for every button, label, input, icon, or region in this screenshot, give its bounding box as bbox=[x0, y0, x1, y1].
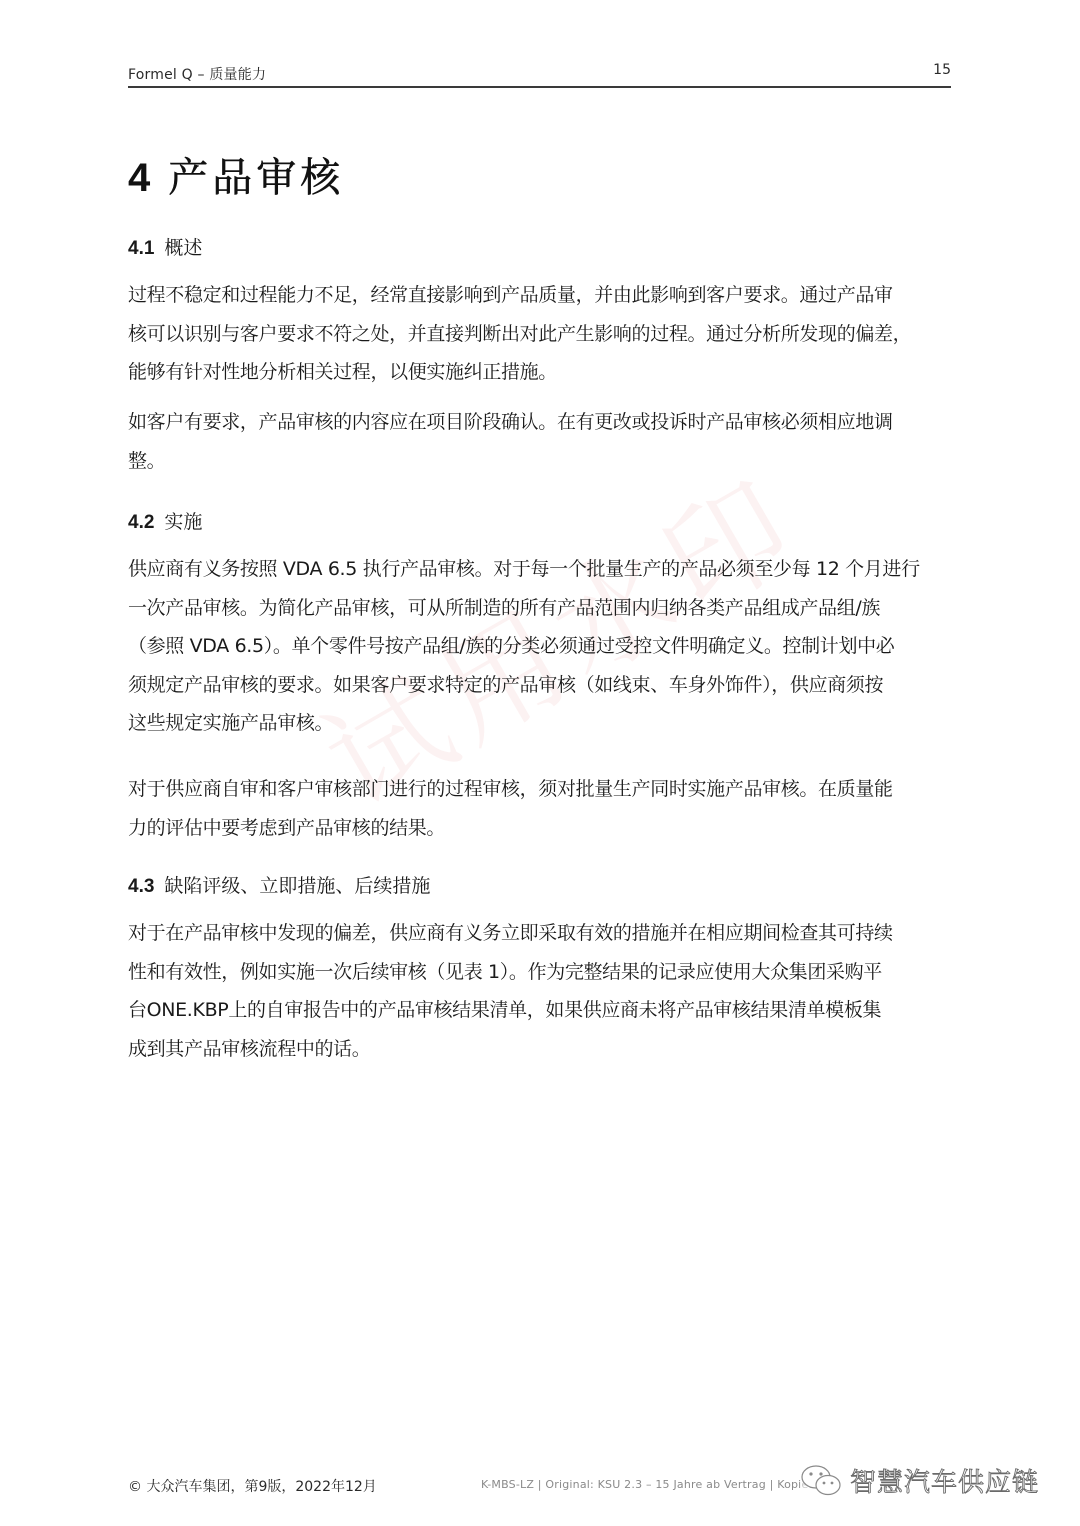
text-line: （参照 VDA 6.5）。单个零件号按产品组/族的分类必须通过受控文件明确定义。… bbox=[128, 627, 954, 666]
chapter-number: 4 bbox=[128, 156, 150, 200]
text-line: 须规定产品审核的要求。如果客户要求特定的产品审核（如线束、车身外饰件），供应商须… bbox=[128, 666, 954, 705]
section-title: 缺陷评级、立即措施、后续措施 bbox=[164, 875, 430, 897]
text-line: 对于在产品审核中发现的偏差，供应商有义务立即采取有效的措施并在相应期间检查其可持… bbox=[128, 914, 954, 953]
text-line: 这些规定实施产品审核。 bbox=[128, 704, 954, 743]
paragraph-implementation-2: 对于供应商自审和客户审核部门进行的过程审核，须对批量生产同时实施产品审核。在质量… bbox=[128, 770, 954, 847]
section-number: 4.3 bbox=[128, 876, 154, 897]
section-title: 实施 bbox=[164, 511, 202, 533]
copyright-footer: © 大众汽车集团，第9版，2022年12月 bbox=[128, 1476, 377, 1496]
classification-footer: K-MBS-LZ | Original: KSU 2.3 – 15 Jahre … bbox=[481, 1478, 829, 1491]
text-line: 一次产品审核。为简化产品审核，可从所制造的所有产品范围内归纳各类产品组成产品组/… bbox=[128, 589, 954, 628]
paragraph-defect-rating: 对于在产品审核中发现的偏差，供应商有义务立即采取有效的措施并在相应期间检查其可持… bbox=[128, 914, 954, 1068]
text-line: 能够有针对性地分析相关过程，以便实施纠正措施。 bbox=[128, 353, 954, 392]
text-line: 成到其产品审核流程中的话。 bbox=[128, 1030, 954, 1069]
page-number: 15 bbox=[933, 62, 951, 78]
chapter-title-text: 产品审核 bbox=[168, 155, 344, 201]
section-number: 4.2 bbox=[128, 512, 154, 533]
text-line: 力的评估中要考虑到产品审核的结果。 bbox=[128, 809, 954, 848]
wechat-account-name: 智慧汽车供应链 bbox=[850, 1462, 1039, 1499]
text-line: 对于供应商自审和客户审核部门进行的过程审核，须对批量生产同时实施产品审核。在质量… bbox=[128, 770, 954, 809]
section-heading-4-2: 4.2实施 bbox=[128, 508, 202, 537]
wechat-icon bbox=[800, 1463, 844, 1497]
paragraph-overview-1: 过程不稳定和过程能力不足，经常直接影响到产品质量，并由此影响到客户要求。通过产品… bbox=[128, 276, 954, 392]
section-number: 4.1 bbox=[128, 238, 154, 259]
document-title: Formel Q – 质量能力 bbox=[128, 64, 266, 84]
text-line: 核可以识别与客户要求不符之处，并直接判断出对此产生影响的过程。通过分析所发现的偏… bbox=[128, 315, 954, 354]
text-line: 供应商有义务按照 VDA 6.5 执行产品审核。对于每一个批量生产的产品必须至少… bbox=[128, 550, 954, 589]
wechat-watermark: 智慧汽车供应链 bbox=[800, 1460, 1039, 1500]
text-line: 如客户有要求，产品审核的内容应在项目阶段确认。在有更改或投诉时产品审核必须相应地… bbox=[128, 403, 954, 442]
text-line: 台ONE.KBP上的自审报告中的产品审核结果清单，如果供应商未将产品审核结果清单… bbox=[128, 991, 954, 1030]
section-heading-4-3: 4.3缺陷评级、立即措施、后续措施 bbox=[128, 872, 430, 901]
text-line: 整。 bbox=[128, 442, 954, 481]
chapter-title: 4产品审核 bbox=[128, 148, 344, 208]
text-line: 过程不稳定和过程能力不足，经常直接影响到产品质量，并由此影响到客户要求。通过产品… bbox=[128, 276, 954, 315]
section-title: 概述 bbox=[164, 237, 202, 259]
paragraph-implementation-1: 供应商有义务按照 VDA 6.5 执行产品审核。对于每一个批量生产的产品必须至少… bbox=[128, 550, 954, 743]
page-header: Formel Q – 质量能力 15 bbox=[128, 62, 951, 88]
paragraph-overview-2: 如客户有要求，产品审核的内容应在项目阶段确认。在有更改或投诉时产品审核必须相应地… bbox=[128, 403, 954, 480]
section-heading-4-1: 4.1概述 bbox=[128, 234, 202, 263]
text-line: 性和有效性，例如实施一次后续审核（见表 1）。作为完整结果的记录应使用大众集团采… bbox=[128, 953, 954, 992]
